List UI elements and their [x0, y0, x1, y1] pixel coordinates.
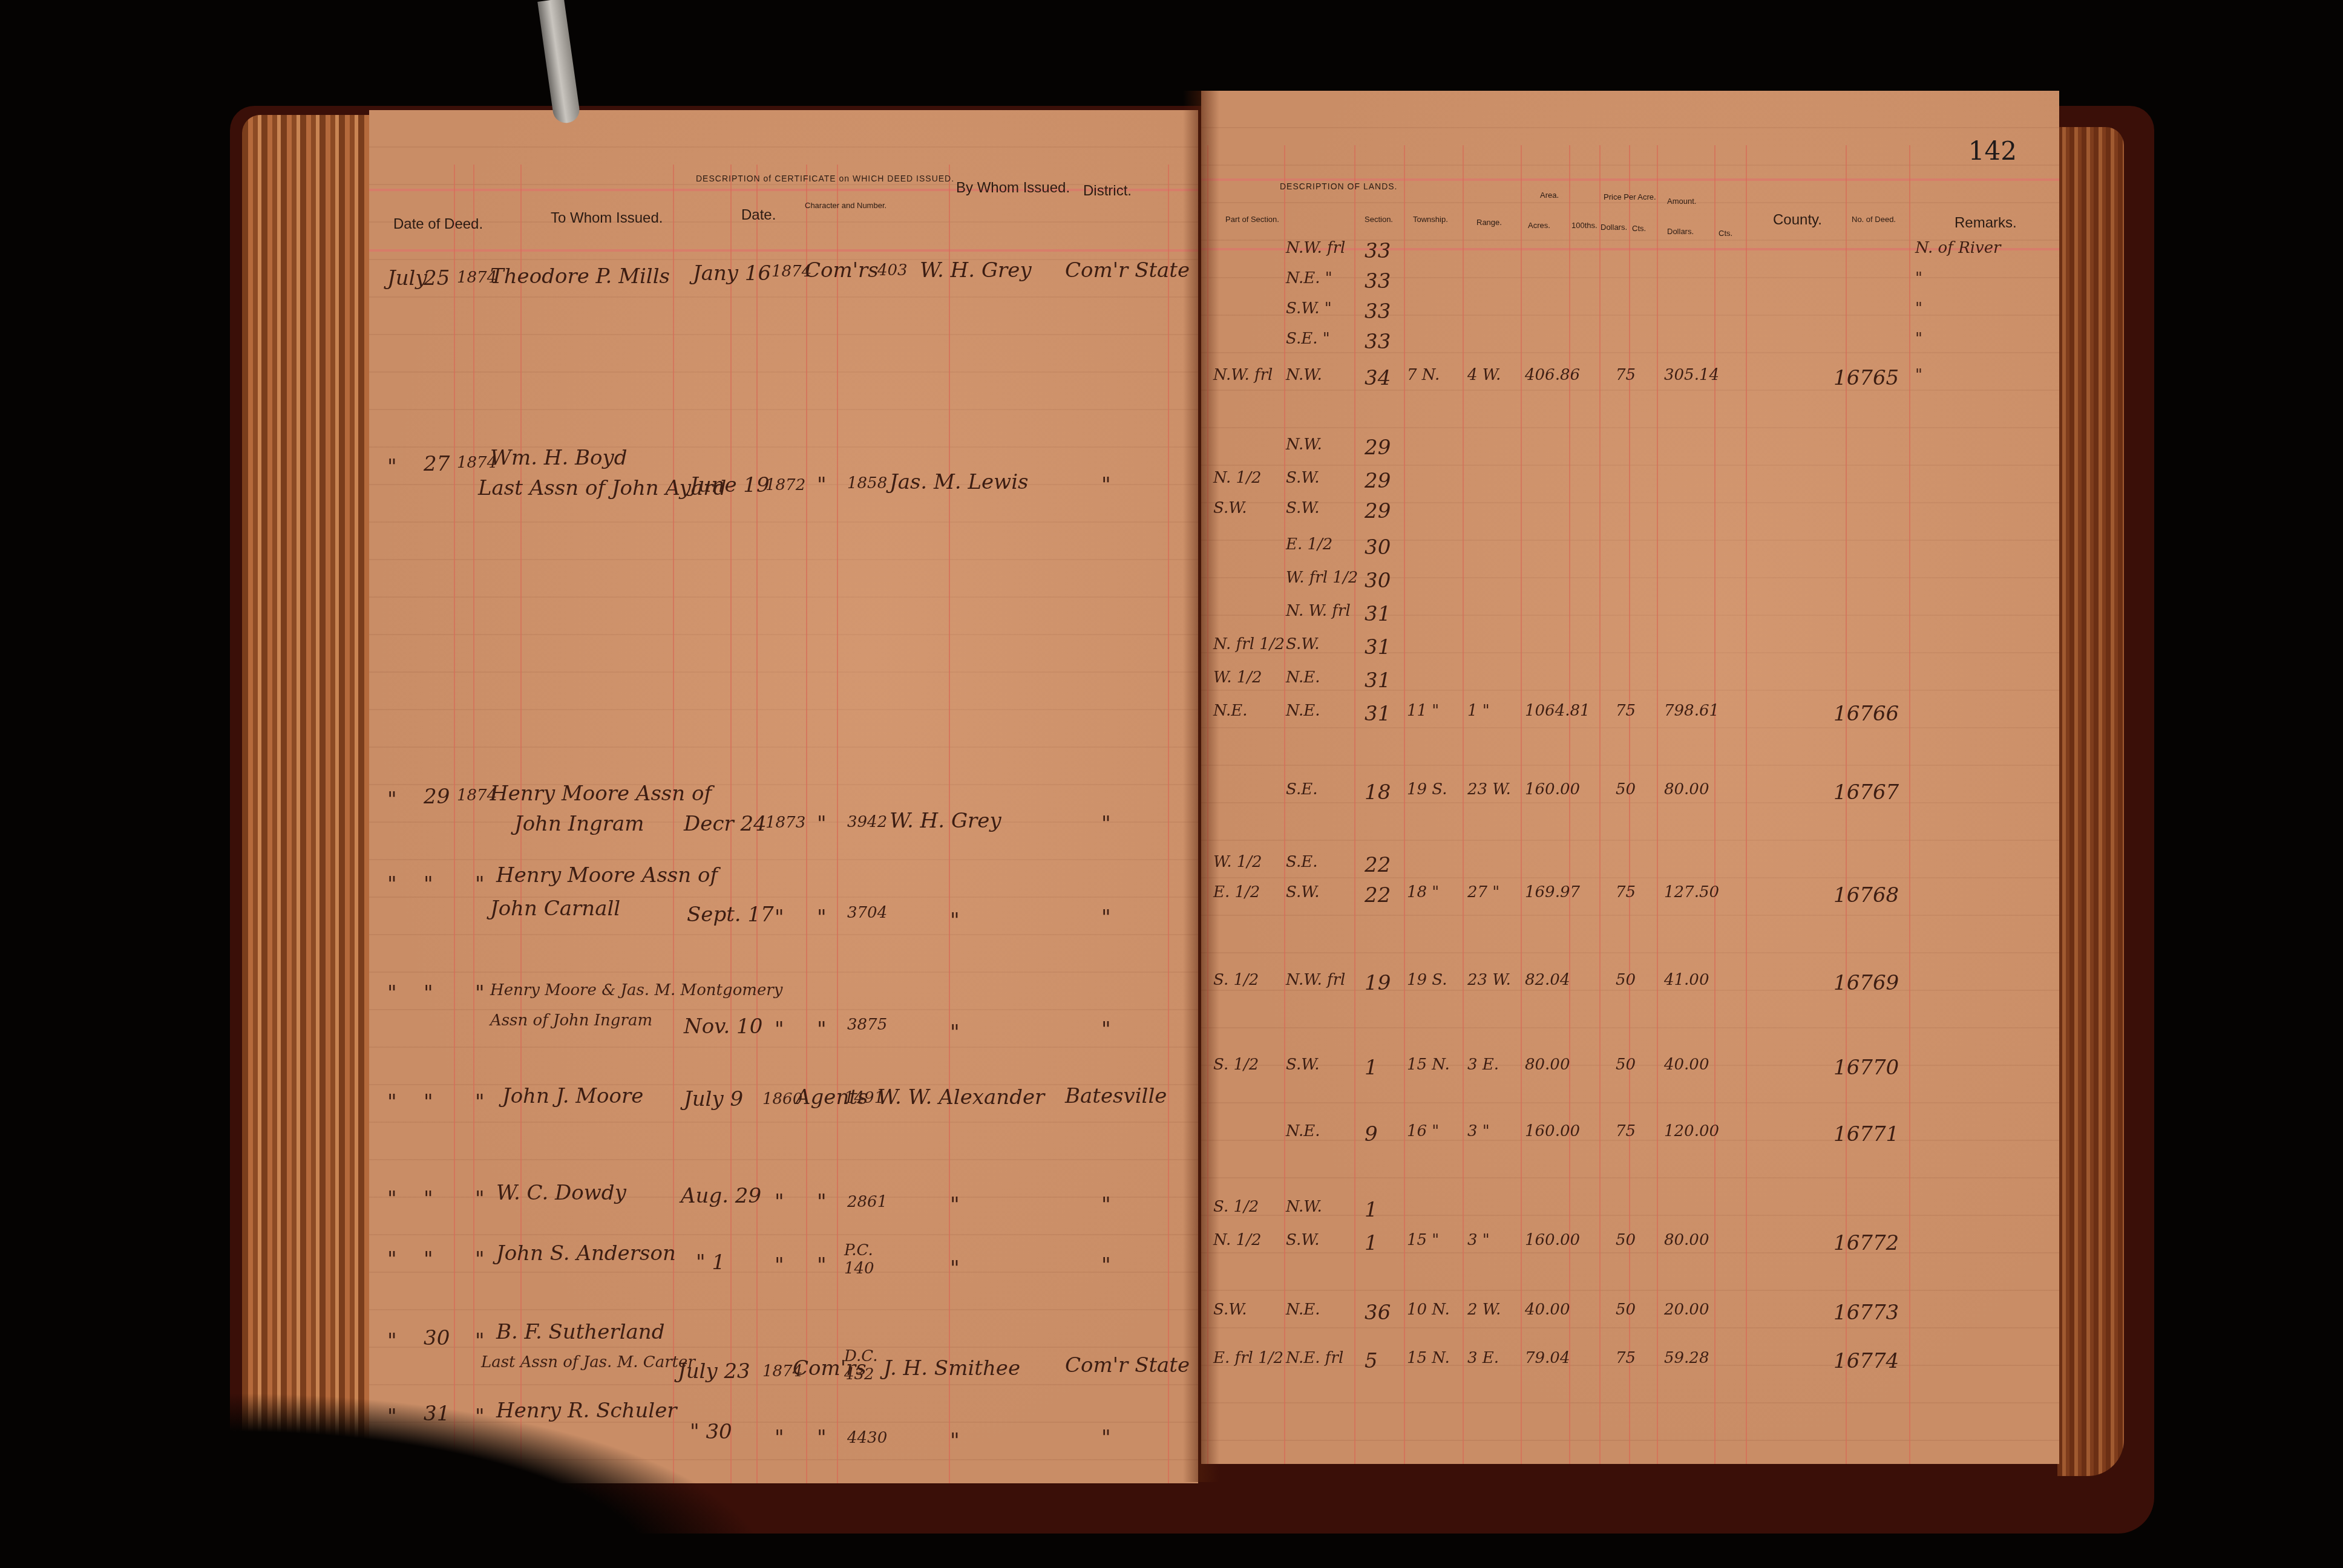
- land-township: 15 N.: [1407, 1349, 1450, 1367]
- entry-month: ": [387, 788, 397, 812]
- entry-by-whom: ": [950, 1021, 960, 1045]
- land-amount: 798.61: [1664, 702, 1719, 720]
- entry-by-whom: ": [950, 1256, 960, 1281]
- land-quarter-section: S.W.: [1286, 469, 1320, 487]
- land-quarter-section: S.E.: [1286, 780, 1317, 799]
- land-price-per-acre: 75: [1616, 1122, 1636, 1140]
- land-part-of-section: E. 1/2: [1213, 883, 1260, 901]
- entry-grantee-line2: Last Assn of Jas. M. Carter: [481, 1353, 695, 1371]
- entry-month: ": [387, 1090, 397, 1114]
- entry-day: 30: [424, 1326, 450, 1350]
- header-description-of-lands: DESCRIPTION OF LANDS.: [1280, 181, 1397, 191]
- header-rule-top: [1201, 178, 2059, 181]
- land-price-per-acre: 50: [1616, 1231, 1636, 1249]
- land-section: 1: [1365, 1056, 1378, 1080]
- entry-district: ": [1101, 1018, 1111, 1042]
- land-amount: 120.00: [1664, 1122, 1719, 1140]
- land-section: 31: [1365, 702, 1391, 726]
- land-acres: 79.04: [1525, 1349, 1570, 1367]
- entry-by-whom: W. W. Alexander: [877, 1085, 1044, 1109]
- land-section: 22: [1365, 853, 1391, 877]
- land-price-per-acre: 75: [1616, 702, 1636, 720]
- entry-grantee: Wm. H. Boyd: [490, 446, 628, 470]
- entry-character: ": [817, 1253, 827, 1278]
- land-acres: 160.00: [1525, 780, 1580, 799]
- land-deed-number: 16769: [1833, 971, 1899, 995]
- land-section: 30: [1365, 569, 1391, 593]
- entry-cert-date: Jany 16: [693, 261, 771, 286]
- land-range: 23 W.: [1467, 780, 1511, 799]
- entry-number: 1858: [847, 474, 887, 492]
- header-amount: Amount.: [1667, 197, 1696, 206]
- land-remarks: ": [1915, 366, 1922, 384]
- land-remarks: ": [1915, 269, 1922, 287]
- land-deed-number: 16771: [1833, 1122, 1899, 1146]
- header-district: District.: [1083, 183, 1132, 200]
- land-section: 33: [1365, 269, 1391, 293]
- entry-month: ": [387, 1187, 397, 1211]
- land-quarter-section: N. W. frl: [1286, 602, 1351, 620]
- land-part-of-section: N. 1/2: [1213, 469, 1261, 487]
- land-amount: 59.28: [1664, 1349, 1709, 1367]
- land-part-of-section: S. 1/2: [1213, 971, 1259, 989]
- land-part-of-section: N.W. frl: [1213, 366, 1273, 384]
- header-range: Range.: [1476, 218, 1502, 227]
- land-quarter-section: W. frl 1/2: [1286, 569, 1358, 587]
- land-quarter-section: S.E. ": [1286, 330, 1330, 348]
- entry-cert-year: ": [775, 906, 784, 930]
- header-county: County.: [1773, 212, 1822, 229]
- foreground-shadow: [230, 1391, 775, 1568]
- entry-month: ": [387, 1329, 397, 1353]
- land-quarter-section: S.W.: [1286, 1056, 1320, 1074]
- land-township: 7 N.: [1407, 366, 1440, 384]
- land-amount: 305.14: [1664, 366, 1719, 384]
- land-township: 19 S.: [1407, 780, 1447, 799]
- entry-number: D.C. 432: [844, 1347, 880, 1383]
- land-price-per-acre: 75: [1616, 883, 1636, 901]
- land-township: 10 N.: [1407, 1301, 1450, 1319]
- land-township: 19 S.: [1407, 971, 1447, 989]
- land-acres: 169.97: [1525, 883, 1580, 901]
- land-part-of-section: E. frl 1/2: [1213, 1349, 1283, 1367]
- land-section: 5: [1365, 1349, 1378, 1373]
- land-part-of-section: S. 1/2: [1213, 1056, 1259, 1074]
- entry-year: ": [475, 1187, 485, 1211]
- land-acres: 80.00: [1525, 1056, 1570, 1074]
- header-certificate-group: DESCRIPTION of CERTIFICATE on WHICH DEED…: [696, 174, 954, 183]
- header-remarks: Remarks.: [1955, 215, 2017, 232]
- entry-grantee-line2: Assn of John Ingram: [490, 1011, 652, 1030]
- land-section: 29: [1365, 499, 1391, 523]
- header-section: Section.: [1365, 215, 1393, 224]
- land-township: 15 N.: [1407, 1056, 1450, 1074]
- land-quarter-section: E. 1/2: [1286, 535, 1332, 554]
- land-quarter-section: S.E.: [1286, 853, 1317, 871]
- land-section: 1: [1365, 1198, 1378, 1222]
- land-range: 2 W.: [1467, 1301, 1501, 1319]
- land-acres: 40.00: [1525, 1301, 1570, 1319]
- header-township: Township.: [1413, 215, 1448, 224]
- entry-number: 403: [877, 261, 908, 279]
- left-page: Date of Deed. To Whom Issued. DESCRIPTIO…: [369, 110, 1198, 1483]
- header-price-cents: Cts.: [1632, 224, 1646, 233]
- entry-character: ": [817, 1426, 827, 1450]
- entry-district: Batesville: [1065, 1084, 1167, 1108]
- land-price-per-acre: 75: [1616, 366, 1636, 384]
- land-section: 9: [1365, 1122, 1378, 1146]
- header-rule-top: [369, 189, 1198, 191]
- land-section: 33: [1365, 330, 1391, 354]
- land-quarter-section: N.W.: [1286, 1198, 1322, 1216]
- land-acres: 406.86: [1525, 366, 1580, 384]
- land-deed-number: 16772: [1833, 1231, 1899, 1255]
- land-price-per-acre: 50: [1616, 1301, 1636, 1319]
- entry-cert-date: Aug. 29: [681, 1184, 761, 1208]
- land-price-per-acre: 50: [1616, 1056, 1636, 1074]
- header-price-per-acre: Price Per Acre.: [1604, 192, 1656, 201]
- entry-grantee: W. C. Dowdy: [496, 1181, 626, 1205]
- entry-number: 3942: [847, 813, 887, 831]
- header-area: Area.: [1540, 191, 1559, 200]
- land-part-of-section: W. 1/2: [1213, 668, 1262, 687]
- land-section: 34: [1365, 366, 1391, 390]
- header-by-whom-issued: By Whom Issued.: [956, 180, 1070, 197]
- land-acres: 82.04: [1525, 971, 1570, 989]
- land-section: 33: [1365, 299, 1391, 324]
- entry-cert-year: ": [775, 1190, 784, 1214]
- land-deed-number: 16770: [1833, 1056, 1899, 1080]
- land-quarter-section: S.W.: [1286, 635, 1320, 653]
- land-section: 29: [1365, 469, 1391, 493]
- entry-district: Com'r State: [1065, 1353, 1190, 1377]
- land-deed-number: 16766: [1833, 702, 1899, 726]
- land-quarter-section: S.W.: [1286, 883, 1320, 901]
- land-section: 18: [1365, 780, 1391, 805]
- entry-cert-date: July 23: [678, 1359, 750, 1383]
- entry-district: ": [1101, 473, 1111, 497]
- land-amount: 40.00: [1664, 1056, 1709, 1074]
- entry-cert-date: " 1: [696, 1250, 725, 1275]
- entry-character: ": [817, 812, 827, 836]
- entry-number: 4430: [847, 1429, 887, 1447]
- land-deed-number: 16773: [1833, 1301, 1899, 1325]
- entry-month: ": [387, 455, 397, 479]
- entry-day: 29: [424, 785, 450, 809]
- entry-grantee: Henry Moore & Jas. M. Montgomery: [490, 981, 782, 999]
- land-part-of-section: S. 1/2: [1213, 1198, 1259, 1216]
- entry-by-whom: ": [950, 909, 960, 933]
- header-part-of-section: Part of Section.: [1225, 215, 1279, 224]
- land-quarter-section: N.E.: [1286, 1301, 1320, 1319]
- entry-grantee: B. F. Sutherland: [496, 1320, 664, 1344]
- land-acres: 160.00: [1525, 1231, 1580, 1249]
- land-range: 4 W.: [1467, 366, 1501, 384]
- entry-district: ": [1101, 1253, 1111, 1278]
- land-section: 22: [1365, 883, 1391, 907]
- header-amount-dollars: Dollars.: [1667, 227, 1694, 236]
- land-quarter-section: N.E. frl: [1286, 1349, 1343, 1367]
- land-township: 16 ": [1407, 1122, 1439, 1140]
- page-edges-right: [2057, 127, 2124, 1476]
- entry-district: ": [1101, 1193, 1111, 1217]
- entry-day: 27: [424, 452, 450, 476]
- entry-cert-date: July 9: [684, 1087, 743, 1111]
- entry-character: ": [817, 1018, 827, 1042]
- entry-cert-year: ": [775, 1253, 784, 1278]
- header-price-dollars: Dollars.: [1601, 223, 1627, 232]
- entry-district: ": [1101, 1426, 1111, 1450]
- entry-day: ": [424, 1090, 433, 1114]
- land-section: 31: [1365, 668, 1391, 693]
- land-section: 36: [1365, 1301, 1391, 1325]
- land-amount: 127.50: [1664, 883, 1719, 901]
- land-range: 3 ": [1467, 1231, 1490, 1249]
- land-price-per-acre: 50: [1616, 780, 1636, 799]
- land-deed-number: 16767: [1833, 780, 1899, 805]
- land-remarks: ": [1915, 330, 1922, 348]
- entry-number: P.C. 140: [844, 1241, 880, 1278]
- entry-by-whom: ": [950, 1193, 960, 1217]
- entry-number: 3704: [847, 904, 887, 922]
- land-remarks: ": [1915, 299, 1922, 318]
- land-quarter-section: S.W.: [1286, 499, 1320, 517]
- land-amount: 80.00: [1664, 780, 1709, 799]
- header-cert-date: Date.: [741, 207, 776, 224]
- land-range: 3 E.: [1467, 1056, 1499, 1074]
- entry-day: ": [424, 1187, 433, 1211]
- entry-grantee: John S. Anderson: [496, 1241, 676, 1266]
- entry-month: July: [387, 266, 427, 290]
- entry-number: 3875: [847, 1016, 887, 1034]
- entry-character: ": [817, 1190, 827, 1214]
- entry-year: ": [475, 872, 485, 897]
- land-deed-number: 16768: [1833, 883, 1899, 907]
- entry-character: ": [817, 473, 827, 497]
- land-quarter-section: N.W.: [1286, 366, 1322, 384]
- land-range: 3 E.: [1467, 1349, 1499, 1367]
- entry-grantee: John J. Moore: [502, 1084, 643, 1108]
- land-part-of-section: N. frl 1/2: [1213, 635, 1285, 653]
- entry-district: ": [1101, 812, 1111, 836]
- land-amount: 41.00: [1664, 971, 1709, 989]
- book-gutter: [1183, 91, 1219, 1482]
- entry-month: ": [387, 872, 397, 897]
- entry-month: ": [387, 981, 397, 1005]
- entry-grantee: Henry Moore Assn of: [490, 782, 712, 806]
- land-deed-number: 16765: [1833, 366, 1899, 390]
- land-range: 3 ": [1467, 1122, 1490, 1140]
- entry-district: Com'r State: [1065, 258, 1190, 283]
- entry-cert-year: ": [775, 1426, 784, 1450]
- header-hundredths: 100ths.: [1571, 221, 1597, 230]
- land-acres: 1064.81: [1525, 702, 1590, 720]
- entry-district: ": [1101, 906, 1111, 930]
- entry-day: 25: [424, 266, 450, 290]
- land-quarter-section: N.E.: [1286, 702, 1320, 720]
- land-quarter-section: N.W. frl: [1286, 971, 1345, 989]
- entry-by-whom: W. H. Grey: [890, 809, 1001, 833]
- entry-year: ": [475, 1329, 485, 1353]
- entry-cert-date: Nov. 10: [684, 1014, 762, 1039]
- land-section: 31: [1365, 635, 1391, 659]
- land-deed-number: 16774: [1833, 1349, 1899, 1373]
- land-quarter-section: N.E. ": [1286, 269, 1332, 287]
- entry-cert-date: June 19: [690, 473, 770, 497]
- land-amount: 20.00: [1664, 1301, 1709, 1319]
- land-quarter-section: N.E.: [1286, 1122, 1320, 1140]
- entry-cert-year: ": [775, 1018, 784, 1042]
- land-part-of-section: N. 1/2: [1213, 1231, 1261, 1249]
- land-section: 30: [1365, 535, 1391, 560]
- header-character-number: Character and Number.: [805, 201, 886, 210]
- land-section: 31: [1365, 602, 1391, 626]
- entry-year: ": [475, 1090, 485, 1114]
- land-quarter-section: N.W. frl: [1286, 239, 1345, 257]
- land-quarter-section: N.W.: [1286, 436, 1322, 454]
- land-amount: 80.00: [1664, 1231, 1709, 1249]
- entry-by-whom: J. H. Smithee: [883, 1356, 1020, 1380]
- entry-grantee: Theodore P. Mills: [490, 264, 670, 289]
- land-section: 29: [1365, 436, 1391, 460]
- header-amount-cents: Cts.: [1719, 229, 1732, 238]
- entry-cert-date: Sept. 17: [687, 903, 774, 927]
- entry-month: ": [387, 1247, 397, 1272]
- entry-year: ": [475, 1247, 485, 1272]
- header-no-of-deed: No. of Deed.: [1852, 215, 1896, 224]
- entry-grantee-line2: John Carnall: [490, 897, 620, 921]
- land-range: 23 W.: [1467, 971, 1511, 989]
- land-quarter-section: N.E.: [1286, 668, 1320, 687]
- land-quarter-section: S.W. ": [1286, 299, 1332, 318]
- land-price-per-acre: 75: [1616, 1349, 1636, 1367]
- entry-grantee-line2: Last Assn of John Ayard: [478, 476, 726, 500]
- entry-year: ": [475, 981, 485, 1005]
- land-quarter-section: S.W.: [1286, 1231, 1320, 1249]
- land-acres: 160.00: [1525, 1122, 1580, 1140]
- entry-grantee: Henry Moore Assn of: [496, 863, 718, 887]
- entry-by-whom: W. H. Grey: [920, 258, 1032, 283]
- land-part-of-section: W. 1/2: [1213, 853, 1262, 871]
- land-price-per-acre: 50: [1616, 971, 1636, 989]
- header-acres: Acres.: [1528, 221, 1550, 230]
- right-page: 142 DESCRIPTION OF LANDS. Part of Sectio…: [1201, 91, 2059, 1464]
- land-township: 11 ": [1407, 702, 1439, 720]
- entry-by-whom: Jas. M. Lewis: [890, 470, 1029, 494]
- page-edges-left: [242, 115, 369, 1476]
- entry-character: Com'rs: [805, 258, 879, 283]
- entry-by-whom: ": [950, 1429, 960, 1453]
- entry-day: ": [424, 872, 433, 897]
- land-township: 18 ": [1407, 883, 1439, 901]
- land-remarks: N. of River: [1915, 239, 2001, 257]
- land-range: 1 ": [1467, 702, 1490, 720]
- entry-cert-date: Decr 24: [684, 812, 767, 836]
- header-to-whom-issued: To Whom Issued.: [551, 210, 663, 227]
- land-range: 27 ": [1467, 883, 1499, 901]
- page-number: 142: [1968, 136, 2017, 166]
- entry-cert-year: 1873: [765, 814, 805, 832]
- entry-grantee-line2: John Ingram: [514, 812, 644, 836]
- entry-cert-year: 1872: [765, 476, 805, 494]
- land-section: 19: [1365, 971, 1391, 995]
- header-date-of-deed: Date of Deed.: [393, 216, 483, 233]
- entry-number: 2861: [847, 1193, 887, 1211]
- entry-day: ": [424, 1247, 433, 1272]
- entry-character: ": [817, 906, 827, 930]
- entry-day: ": [424, 981, 433, 1005]
- land-section: 1: [1365, 1231, 1378, 1255]
- land-section: 33: [1365, 239, 1391, 263]
- header-rule-bottom: [369, 249, 1198, 252]
- land-township: 15 ": [1407, 1231, 1439, 1249]
